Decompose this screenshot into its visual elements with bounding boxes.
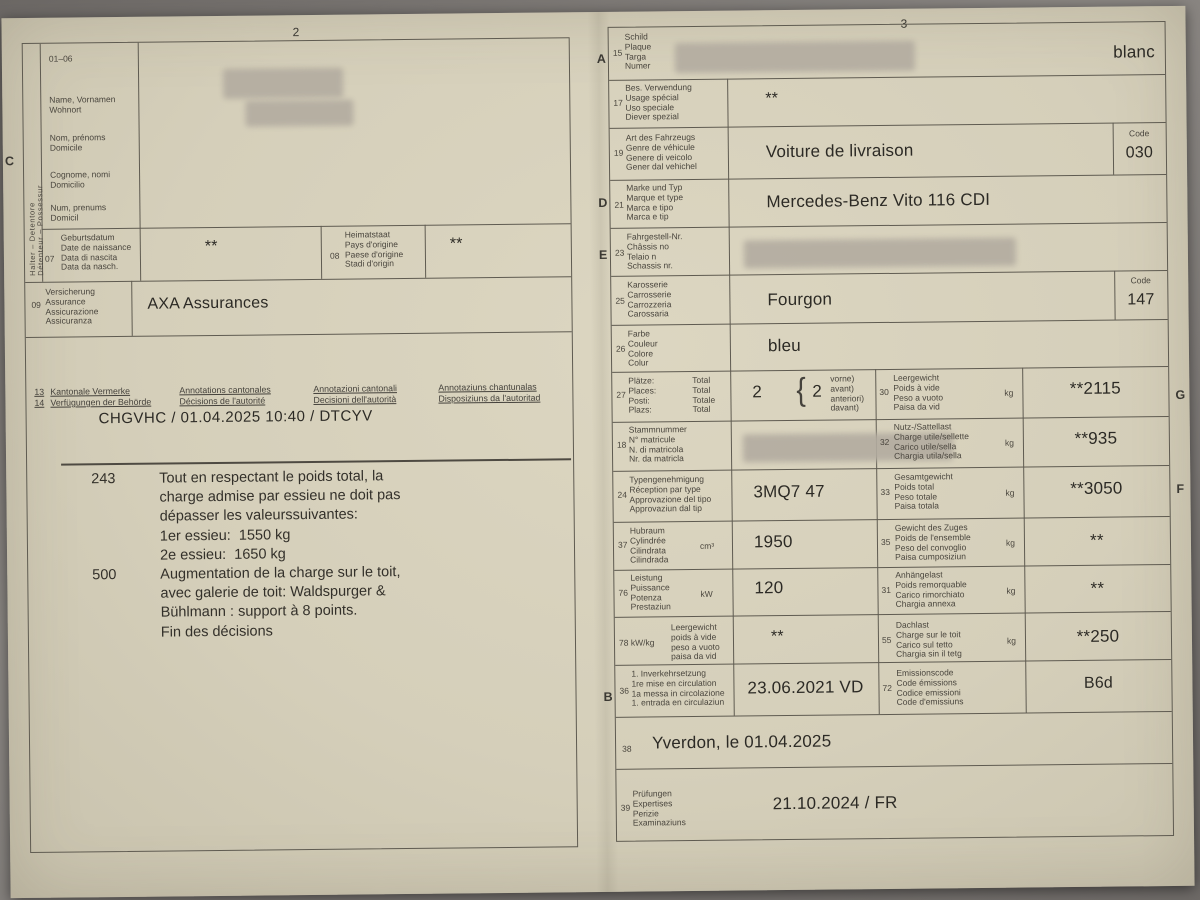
total-weight-value: **3050 <box>1023 478 1169 500</box>
empty-weight-unit: kg <box>1004 388 1013 398</box>
decision-text-243: Tout en respectant le poids total, la ch… <box>159 465 572 565</box>
field-number-35: 35 <box>881 537 891 547</box>
remarks-header-it: Annotazioni cantonali Decisioni dell'aut… <box>313 383 438 406</box>
vehicle-type-labels: Art des Fahrzeugs Genre de véhicule Gene… <box>626 133 721 173</box>
seats-total-labels: Total Total Totale Total <box>692 376 732 416</box>
body-code-label: Code <box>1114 276 1167 286</box>
row-line <box>611 222 1167 229</box>
remarks-header-fr: Annotations cantonales Décisions de l'au… <box>179 384 304 407</box>
roof-load-value: **250 <box>1025 626 1171 648</box>
field-number-26: 26 <box>616 344 626 354</box>
emission-code-labels: Emissionscode Code émissions Codice emis… <box>896 668 1004 708</box>
row-line <box>609 74 1165 81</box>
make-type-labels: Marke und Typ Marque et type Marca e tip… <box>626 183 721 223</box>
field-number-76: 76 <box>618 588 628 598</box>
margin-letter-d: D <box>598 196 607 210</box>
vehicle-type-code-label: Code <box>1113 129 1166 139</box>
field-number-32: 32 <box>880 437 890 447</box>
field-number-21: 21 <box>614 200 624 210</box>
color-value: bleu <box>768 336 801 356</box>
body-labels: Karosserie Carrosserie Carrozzeria Caros… <box>627 280 722 320</box>
special-use-value: ** <box>765 90 778 108</box>
payload-labels: Nutz-/Sattellast Charge utile/sellette C… <box>894 422 1002 462</box>
vehicle-type-code: 030 <box>1113 144 1166 163</box>
row-line <box>615 611 1171 618</box>
holder-strip-text-fr-rm: Détenteur – Possessur <box>35 185 45 276</box>
emission-code-value: B6d <box>1025 674 1171 694</box>
seats-value: 2 <box>752 382 762 402</box>
margin-letter-e: E <box>599 248 607 262</box>
redacted-holder-address <box>245 100 353 127</box>
field-number-15: 15 <box>613 48 623 58</box>
vehicle-type-value: Voiture de livraison <box>766 141 914 163</box>
inspections-value: 21.10.2024 / FR <box>773 793 898 814</box>
field-number-17: 17 <box>613 98 623 108</box>
row-line <box>610 174 1166 181</box>
right-page-table: 15 Schild Plaque Targa Numer blanc 17 Be… <box>608 21 1175 842</box>
decision-text-500: Augmentation de la charge sur le toit, a… <box>160 561 573 642</box>
roof-load-unit: kg <box>1007 636 1016 646</box>
left-page-table: Halter – Detentore Détenteur – Possessur… <box>22 37 578 853</box>
field-number-27: 27 <box>616 390 626 400</box>
field-number-24: 24 <box>617 490 627 500</box>
plate-color-note: blanc <box>1049 42 1155 63</box>
remarks-value: CHGVHC / 01.04.2025 10:40 / DTCYV <box>99 407 373 427</box>
make-type-value: Mercedes-Benz Vito 116 CDI <box>766 190 990 212</box>
seats-labels: Plätze: Places: Posti: Plazs: <box>628 376 688 416</box>
redacted-chassis-number <box>744 238 1016 269</box>
insurance-labels: Versicherung Assurance Assicurazione Ass… <box>45 287 129 327</box>
photo-background: 2 3 C A D E B G F Halter – Detentore Dét… <box>0 0 1200 900</box>
field-number-07: 07 <box>45 254 55 264</box>
train-weight-value: ** <box>1024 530 1170 552</box>
issue-value: Yverdon, le 01.04.2025 <box>652 732 831 754</box>
holder-label-de: Name, Vornamen Wohnort <box>49 95 135 115</box>
field-number-18: 18 <box>617 440 627 450</box>
row-line <box>616 711 1172 718</box>
redacted-holder-name <box>223 68 343 99</box>
towing-weight-value: ** <box>1024 578 1170 600</box>
row-line <box>26 331 572 338</box>
total-weight-labels: Gesamtgewicht Poids total Peso totale Pa… <box>894 472 1002 512</box>
empty-weight-value: **2115 <box>1022 378 1168 400</box>
field-number-08: 08 <box>330 251 340 261</box>
margin-letter-b: B <box>603 690 612 704</box>
seats-front-labels: vorne) avant) anteriori) davant) <box>830 374 874 414</box>
field-number-25: 25 <box>615 296 625 306</box>
roof-load-labels: Dachlast Charge sur le toit Carico sul t… <box>896 620 1004 660</box>
row-line <box>42 223 571 230</box>
redacted-plate-number <box>675 41 915 74</box>
remarks-header-de: Kantonale Vermerke Verfügungen der Behör… <box>50 385 185 408</box>
power-to-weight-value: ** <box>771 628 784 646</box>
origin-country-value: ** <box>450 235 463 253</box>
field-number-38: 38 <box>622 744 632 754</box>
type-approval-value: 3MQ7 47 <box>753 482 825 503</box>
insurance-value: AXA Assurances <box>147 294 268 313</box>
train-weight-labels: Gewicht des Zuges Poids de l'ensemble Pe… <box>895 523 1003 563</box>
color-labels: Farbe Couleur Colore Colur <box>628 329 723 369</box>
field-number-23: 23 <box>615 248 625 258</box>
body-code: 147 <box>1114 291 1167 310</box>
margin-letter-c: C <box>5 154 14 168</box>
field-number-55: 55 <box>882 635 892 645</box>
origin-country-labels: Heimatstaat Pays d'origine Paese d'origi… <box>345 230 425 270</box>
birth-date-labels: Geburtsdatum Date de naissance Data di n… <box>61 233 141 273</box>
field-number-72: 72 <box>882 683 892 693</box>
power-labels: Leistung Puissance Potenza Prestaziun <box>630 573 696 613</box>
displacement-labels: Hubraum Cylindrée Cilindrata Cilindrada <box>630 526 696 566</box>
row-line <box>613 416 1169 423</box>
train-weight-unit: kg <box>1006 538 1015 548</box>
left-page-number: 2 <box>293 25 300 39</box>
row-line <box>614 564 1170 571</box>
field-number-78: 78 kW/kg <box>619 637 655 647</box>
special-use-labels: Bes. Verwendung Usage spécial Uso specia… <box>625 83 720 123</box>
seats-front-value: 2 <box>812 382 822 402</box>
decision-code-500: 500 <box>92 566 161 644</box>
remarks-field-numbers: 13 14 <box>34 387 48 409</box>
margin-letter-a: A <box>597 52 606 66</box>
cell-divider <box>131 281 133 336</box>
first-registration-value: 23.06.2021 VD <box>747 677 863 698</box>
holder-label-fr: Nom, prénoms Domicile <box>50 133 136 153</box>
margin-letter-g: G <box>1175 388 1185 402</box>
payload-unit: kg <box>1005 438 1014 448</box>
type-approval-labels: Typengenehmigung Réception par type Appr… <box>629 475 734 515</box>
power-unit: kW <box>700 589 712 599</box>
row-line <box>25 276 571 283</box>
displacement-unit: cm³ <box>700 541 714 551</box>
holder-label-rm: Num, prenums Domicil <box>50 203 136 223</box>
field-number-37: 37 <box>618 540 628 550</box>
field-number-09: 09 <box>31 300 41 310</box>
field-number-30: 30 <box>879 387 889 397</box>
inspections-labels: Prüfungen Expertises Perizie Examinaziun… <box>633 789 728 829</box>
serial-number-labels: Stammnummer N° matricule N. di matricola… <box>629 425 724 465</box>
row-line <box>616 763 1172 770</box>
decision-code-243: 243 <box>91 470 160 567</box>
chassis-labels: Fahrgestell-Nr. Châssis no Telaio n Scha… <box>627 232 722 272</box>
row-line <box>612 319 1168 326</box>
total-weight-unit: kg <box>1005 488 1014 498</box>
body-value: Fourgon <box>767 290 832 311</box>
field-number-31: 31 <box>881 585 891 595</box>
field-number-36: 36 <box>619 686 629 696</box>
remarks-header-rm: Annotaziuns chantunalas Disposiziuns da … <box>438 381 568 404</box>
payload-value: **935 <box>1023 428 1169 450</box>
birth-date-value: ** <box>205 238 218 256</box>
brace-glyph: { <box>796 371 806 408</box>
first-registration-labels: 1. Inverkehrsetzung 1re mise en circulat… <box>631 669 733 709</box>
margin-letter-f: F <box>1176 482 1184 496</box>
displacement-value: 1950 <box>754 532 793 552</box>
decisions-block: 243 Tout en respectant le poids total, l… <box>91 465 573 643</box>
field-number-19: 19 <box>614 148 624 158</box>
field-number-33: 33 <box>880 487 890 497</box>
row-line <box>613 465 1169 472</box>
registration-document-paper: 2 3 C A D E B G F Halter – Detentore Dét… <box>1 6 1194 898</box>
row-line <box>614 516 1170 523</box>
towing-weight-unit: kg <box>1006 586 1015 596</box>
field-code-01-06: 01–06 <box>49 53 73 63</box>
towing-weight-labels: Anhängelast Poids remorquable Carico rim… <box>895 570 1003 610</box>
row-line <box>610 122 1166 129</box>
power-value: 120 <box>754 578 783 598</box>
field-number-39: 39 <box>621 803 631 813</box>
power-to-weight-labels: Leergewicht poids à vide peso a vuoto pa… <box>671 623 733 663</box>
cell-divider <box>321 226 323 279</box>
holder-label-it: Cognome, nomi Domicilio <box>50 170 136 190</box>
decisions-separator-line <box>61 458 571 465</box>
empty-weight-labels: Leergewicht Poids à vide Peso a vuoto Pa… <box>893 373 1001 413</box>
